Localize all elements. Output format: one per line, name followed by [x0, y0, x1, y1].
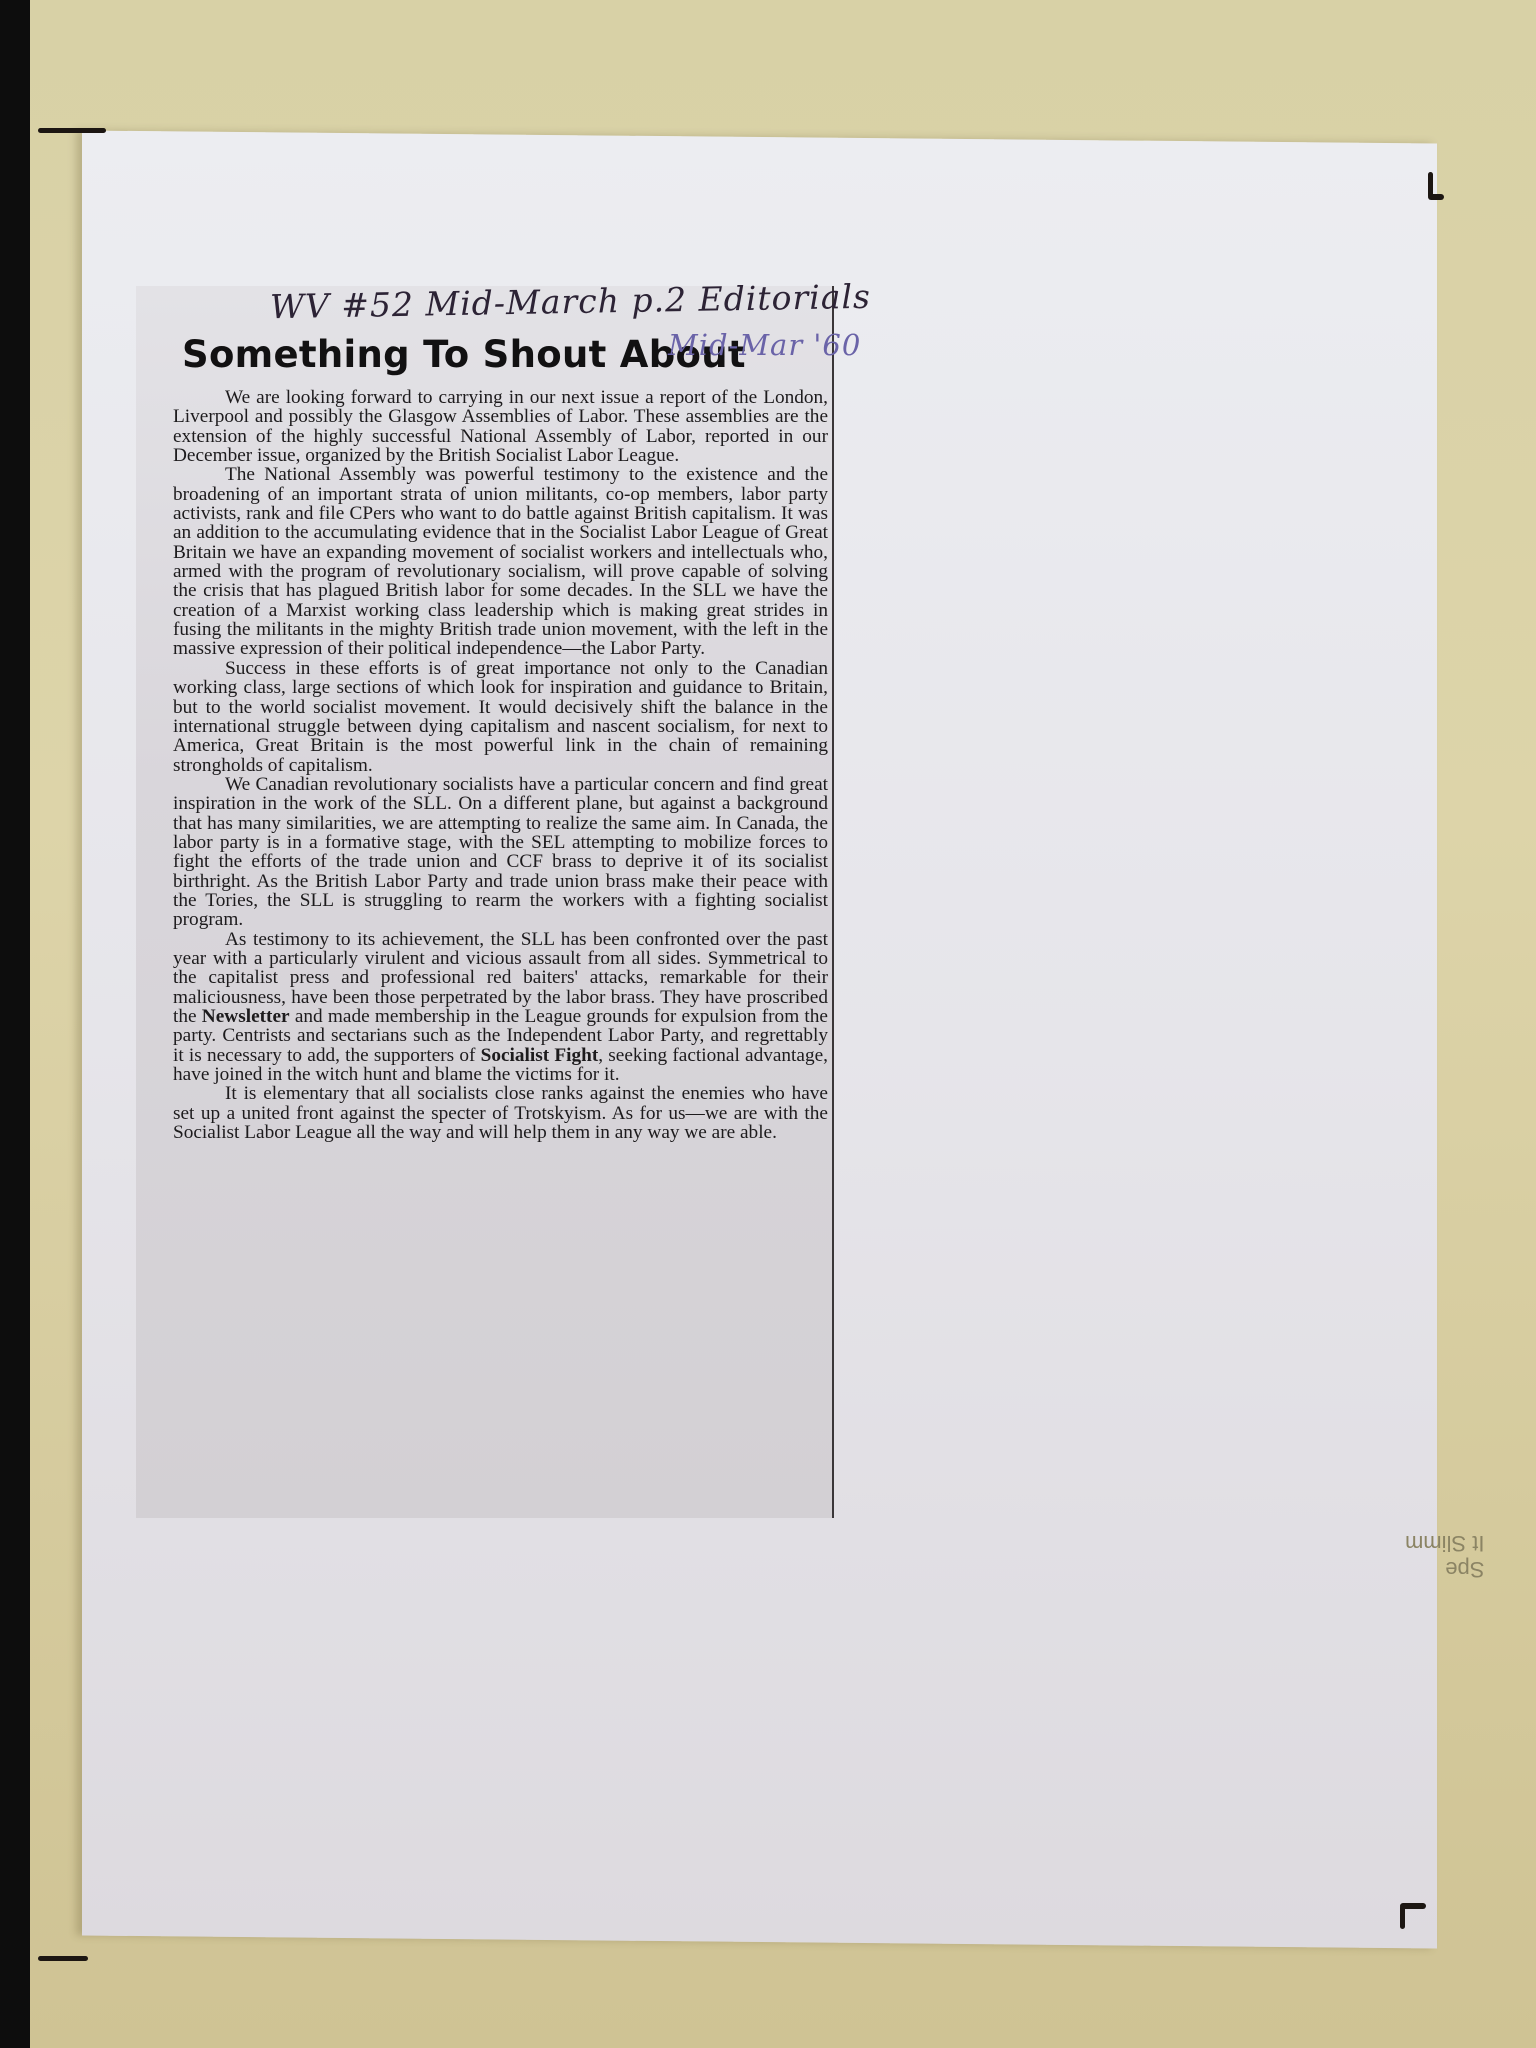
show-through-line: It Slimm [1405, 1530, 1484, 1556]
handwritten-date-note: Mid-Mar '60 [668, 328, 861, 362]
show-through-line: Spe [1405, 1556, 1484, 1582]
show-through-text: Spe It Slimm [1405, 1530, 1484, 1582]
crop-mark-bottom-right-arm [1400, 1903, 1426, 1909]
article-title: Something To Shout About [182, 333, 746, 376]
publication-name-socialist-fight: Socialist Fight [481, 1045, 599, 1066]
paragraph: It is elementary that all socialists clo… [173, 1084, 828, 1142]
publication-name-newsletter: Newsletter [202, 1006, 290, 1027]
paragraph: We Canadian revolutionary socialists hav… [173, 775, 828, 930]
crop-mark-bottom-left [38, 1956, 88, 1961]
paragraph: Success in these efforts is of great imp… [173, 659, 828, 775]
paragraph: We are looking forward to carrying in ou… [173, 388, 828, 465]
crop-mark-top-left [38, 128, 106, 133]
article-body: We are looking forward to carrying in ou… [173, 388, 828, 1142]
crop-mark-top-right-foot [1428, 194, 1444, 200]
paragraph: As testimony to its achievement, the SLL… [173, 930, 828, 1085]
scanner-edge [0, 0, 30, 2048]
paragraph: The National Assembly was powerful testi… [173, 465, 828, 658]
